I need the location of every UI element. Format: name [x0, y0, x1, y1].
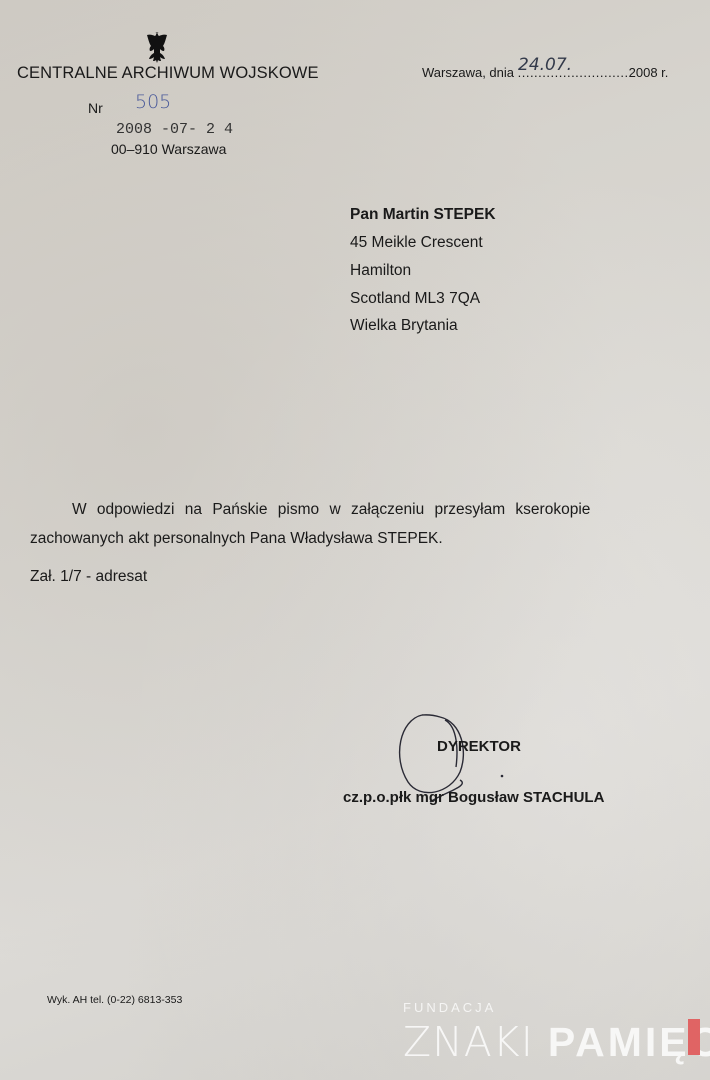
attachment-note: Zał. 1/7 - adresat: [30, 568, 147, 586]
recipient-street: 45 Meikle Crescent: [350, 234, 483, 252]
handwritten-date: 24.07.: [518, 55, 572, 75]
stamp-date: 2008 -07- 2 4: [116, 121, 233, 138]
number-value-handwritten: 505: [135, 91, 171, 113]
watermark-bold: PAMIĘCI: [548, 1019, 710, 1065]
recipient-postcode: Scotland ML3 7QA: [350, 290, 480, 308]
body-line-1: W odpowiedzi na Pańskie pismo w załączen…: [72, 501, 590, 519]
body-line-2: zachowanych akt personalnych Pana Władys…: [30, 530, 443, 548]
place-date-suffix: 2008 r.: [629, 65, 669, 80]
signatory-name: cz.p.o.płk mgr Bogusław STACHULA: [343, 789, 604, 806]
organization-name: CENTRALNE ARCHIWUM WOJSKOWE: [17, 64, 319, 83]
postal-city: 00–910 Warszawa: [111, 141, 226, 157]
watermark-accent-bar: [688, 1019, 700, 1055]
watermark-foundation: FUNDACJA: [403, 1000, 496, 1015]
signatory-role: DYREKTOR: [437, 738, 521, 755]
watermark-light: ZNAKI: [403, 1018, 548, 1066]
number-label: Nr: [88, 100, 103, 116]
recipient-name: Pan Martin STEPEK: [350, 206, 496, 224]
letter-page: CENTRALNE ARCHIWUM WOJSKOWE Nr 505 2008 …: [0, 0, 710, 1080]
footer-contact: Wyk. AH tel. (0-22) 6813-353: [47, 994, 182, 1006]
place-date-prefix: Warszawa, dnia: [422, 65, 518, 80]
recipient-country: Wielka Brytania: [350, 317, 458, 335]
watermark-logo: ZNAKI PAMIĘCI: [403, 1018, 710, 1066]
polish-eagle-icon: [142, 30, 176, 66]
recipient-city: Hamilton: [350, 262, 411, 280]
